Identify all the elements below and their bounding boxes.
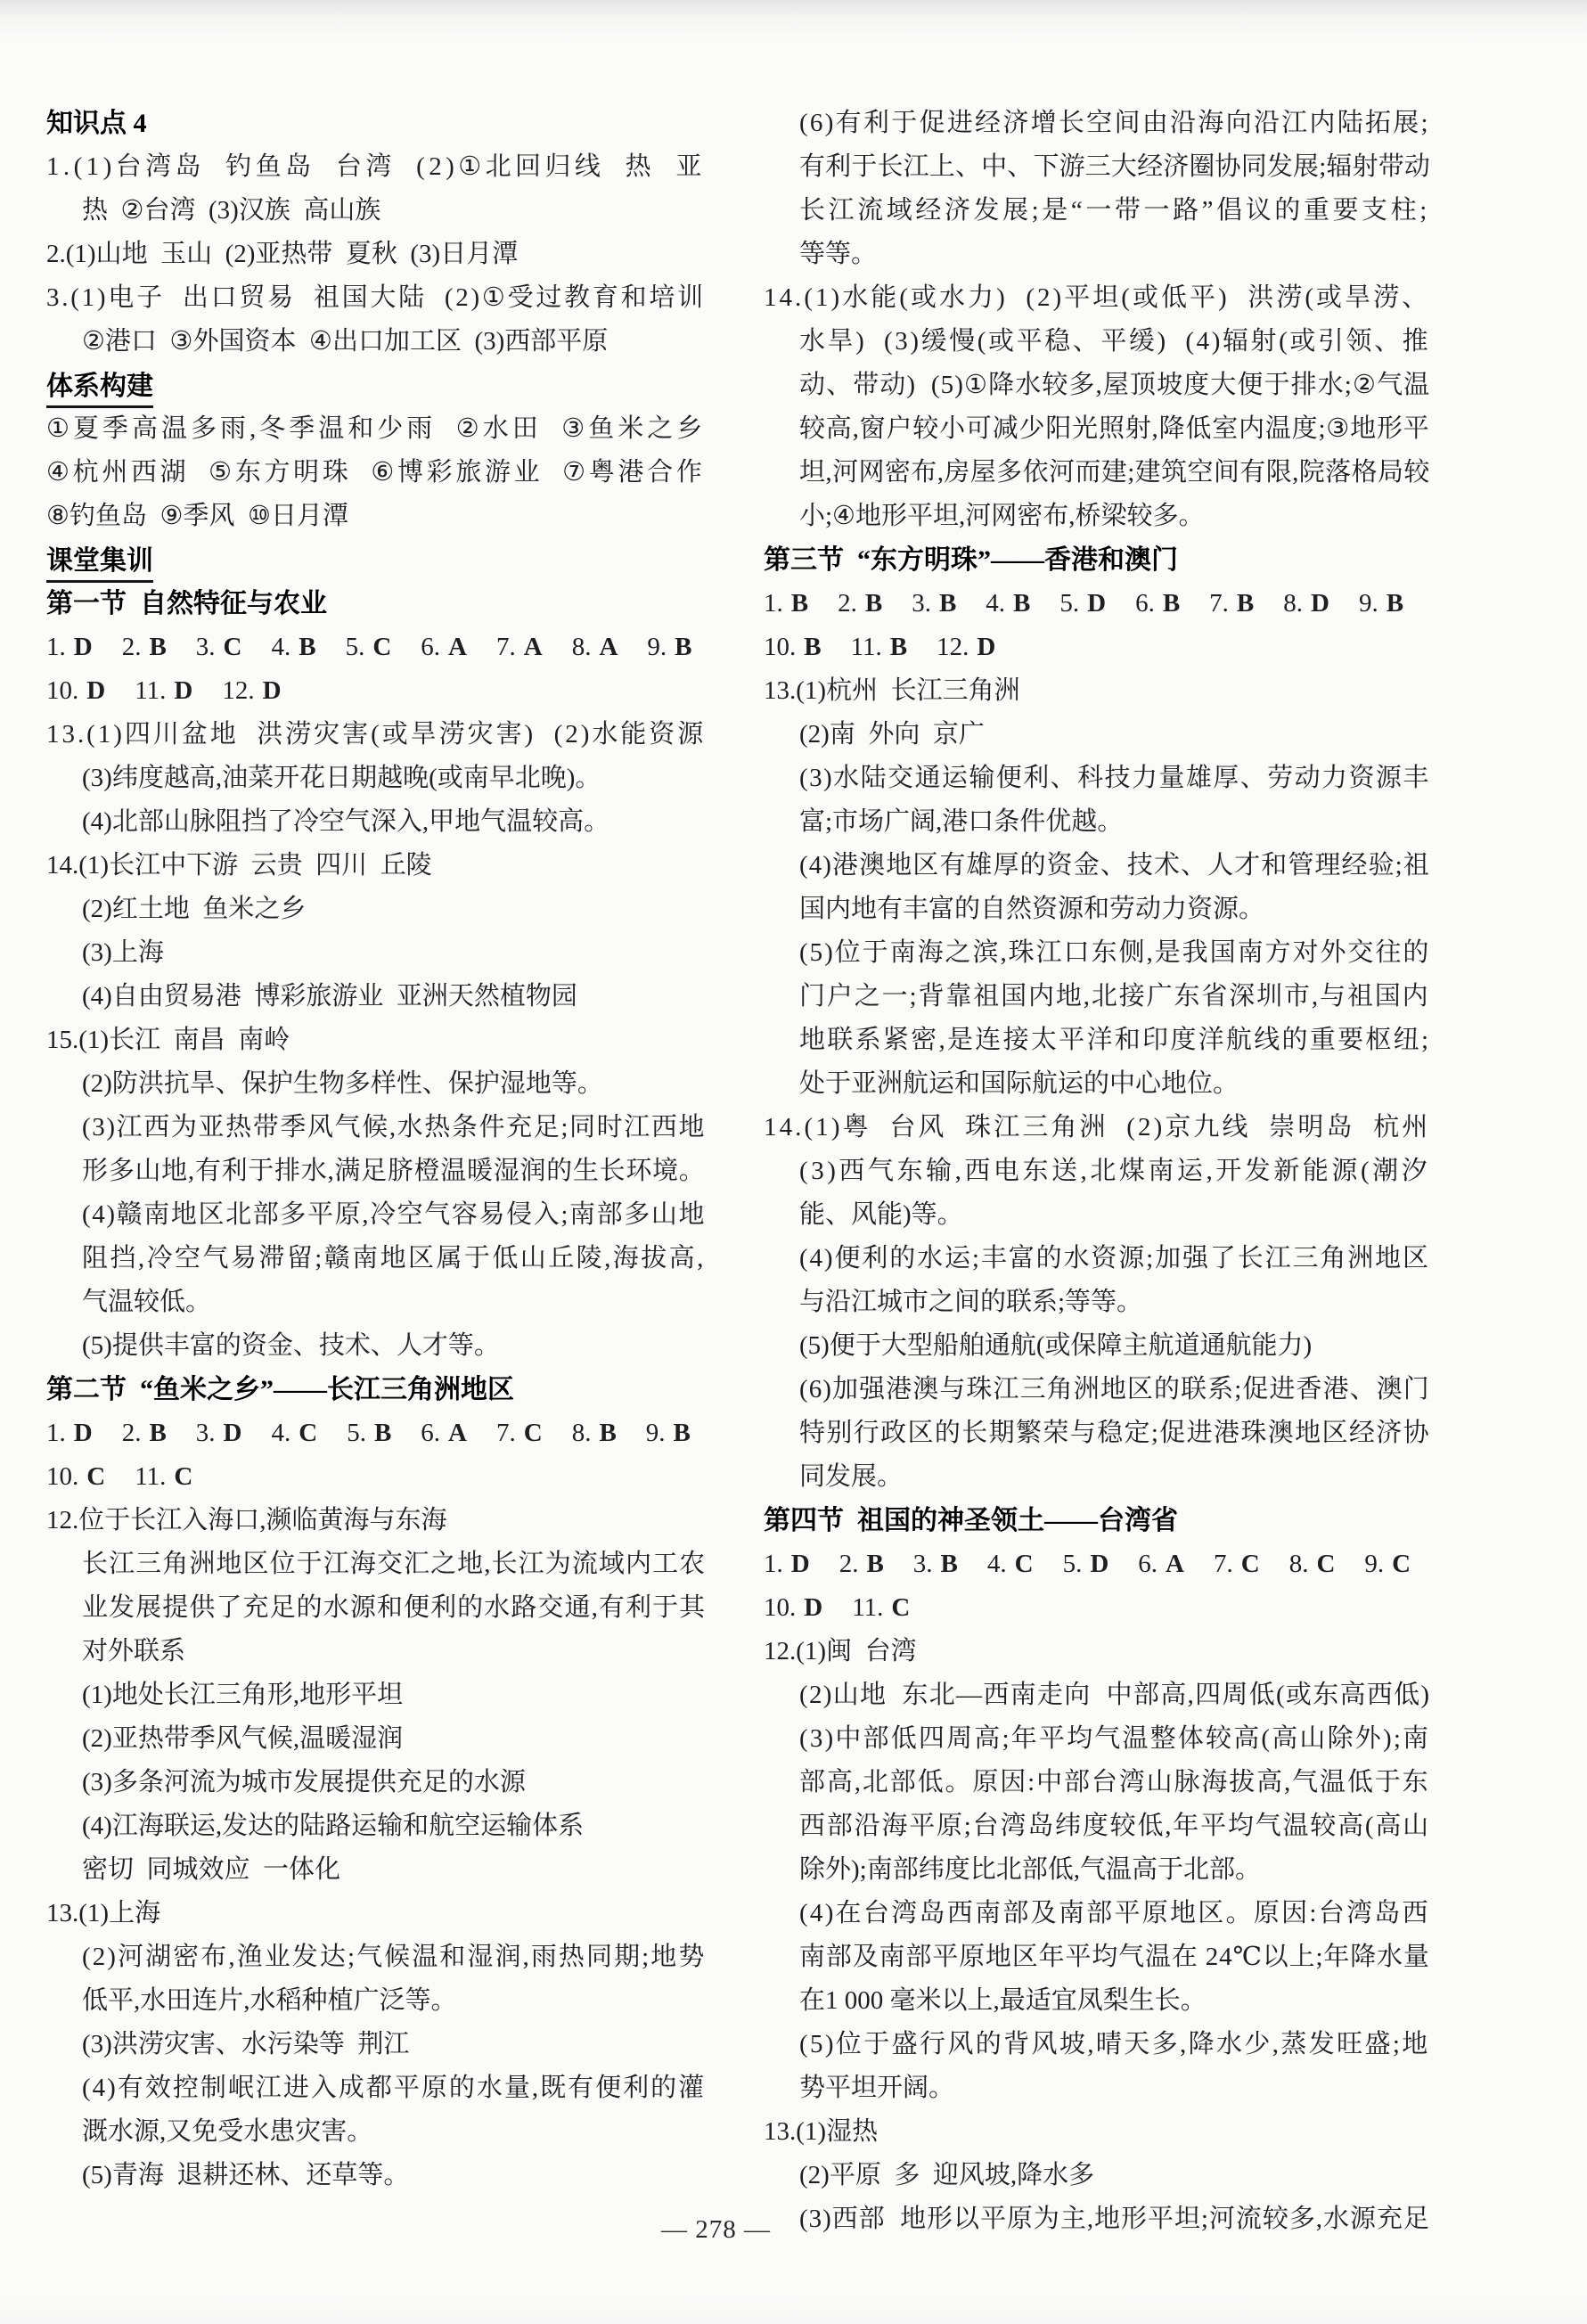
answer-text-line: 南部及南部平原地区年平均气温在 24℃以上;年降水量 xyxy=(764,1935,1430,1979)
line-text: 气温较低。 xyxy=(82,1281,211,1324)
question-number: 8. xyxy=(572,1419,592,1447)
answer-letter: C xyxy=(86,1462,105,1491)
answer-text-line: (3)江西为亚热带季风气候,水热条件充足;同时江西地 xyxy=(46,1106,706,1150)
answer-letter: D xyxy=(224,1419,242,1447)
answer-letter: B xyxy=(1163,589,1180,618)
question-number: 10. xyxy=(46,1462,78,1491)
question-number: 8. xyxy=(1289,1550,1309,1578)
answer-pair: 6.A xyxy=(421,626,467,669)
question-number: 9. xyxy=(1359,589,1378,618)
answer-text-line: (3)上海 xyxy=(46,931,706,975)
line-text: 第四节 祖国的神圣领土——台湾省 xyxy=(764,1499,1178,1543)
answer-pair: 5.D xyxy=(1059,582,1106,626)
answer-text-line: (1)地处长江三角形,地形平坦 xyxy=(46,1673,706,1717)
answer-pair: 2.B xyxy=(122,626,167,669)
answer-letter: C xyxy=(372,633,391,661)
answer-text-line: 同发展。 xyxy=(764,1455,1430,1499)
answer-text-line: (4)北部山脉阻挡了冷空气深入,甲地气温较高。 xyxy=(46,800,706,844)
answer-pair: 5.B xyxy=(347,1412,391,1455)
line-text: (3)江西为亚热带季风气候,水热条件充足;同时江西地 xyxy=(82,1106,706,1150)
answer-pair: 10.D xyxy=(764,1586,822,1630)
line-text: (4)赣南地区北部多平原,冷空气容易侵入;南部多山地 xyxy=(82,1193,706,1237)
line-text: (4)有效控制岷江进入成都平原的水量,既有便利的灌 xyxy=(82,2066,706,2110)
line-text: (4)北部山脉阻挡了冷空气深入,甲地气温较高。 xyxy=(82,800,609,844)
line-text: (4)江海联运,发达的陆路运输和航空运输体系 xyxy=(82,1804,584,1848)
answer-pair: 5.D xyxy=(1063,1543,1109,1586)
line-text: (2)亚热带季风气候,温暖湿润 xyxy=(82,1717,403,1761)
answer-text-line: (3)纬度越高,油菜开花日期越晚(或南早北晚)。 xyxy=(46,757,706,800)
answer-letter: B xyxy=(791,589,808,618)
answer-text-line: ④杭州西湖 ⑤东方明珠 ⑥博彩旅游业 ⑦粤港合作 xyxy=(46,451,706,495)
question-number: 10. xyxy=(46,676,78,705)
line-text: 水旱) (3)缓慢(或平稳、平缓) (4)辐射(或引领、推 xyxy=(799,320,1430,364)
line-text: 14.(1)粤 台风 珠江三角洲 (2)京九线 崇明岛 杭州 xyxy=(764,1106,1430,1150)
answer-text-line: ②港口 ③外国资本 ④出口加工区 (3)西部平原 xyxy=(46,320,706,364)
answer-pair: 3.C xyxy=(196,626,242,669)
answer-pair: 2.B xyxy=(838,582,882,626)
line-text: (2)南 外向 京广 xyxy=(799,713,985,757)
answer-letter: C xyxy=(174,1462,192,1491)
line-text: 第一节 自然特征与农业 xyxy=(46,582,327,626)
answer-text-line: 12.(1)闽 台湾 xyxy=(764,1630,1430,1673)
line-text: (5)提供丰富的资金、技术、人才等。 xyxy=(82,1324,500,1368)
mc-answer-row: 1.D2.B3.C4.B5.C6.A7.A8.A9.B xyxy=(46,626,706,669)
answer-text-line: 坦,河网密布,房屋多依河而建;建筑空间有限,院落格局较 xyxy=(764,451,1430,495)
line-text: 有利于长江上、中、下游三大经济圈协同发展;辐射带动 xyxy=(799,145,1430,189)
line-text: 15.(1)长江 南昌 南岭 xyxy=(46,1019,290,1062)
question-number: 12. xyxy=(222,676,254,705)
line-text: (4)在台湾岛西南部及南部平原地区。原因:台湾岛西 xyxy=(799,1892,1430,1935)
answer-letter: D xyxy=(86,676,105,705)
answer-letter: B xyxy=(939,589,956,618)
question-number: 3. xyxy=(196,633,216,661)
line-text: (4)自由贸易港 博彩旅游业 亚洲天然植物园 xyxy=(82,975,577,1019)
answer-pair: 8.B xyxy=(572,1412,617,1455)
answer-text-line: 14.(1)水能(或水力) (2)平坦(或低平) 洪涝(或旱涝、 xyxy=(764,276,1430,320)
mc-answer-row: 1.D2.B3.B4.C5.D6.A7.C8.C9.C xyxy=(764,1543,1430,1586)
line-text: 较高,窗户较小可减少阳光照射,降低室内温度;③地形平 xyxy=(799,407,1430,451)
line-text: 长江流域经济发展;是“一带一路”倡议的重要支柱; xyxy=(799,189,1430,233)
answer-text-line: 2.(1)山地 玉山 (2)亚热带 夏秋 (3)日月潭 xyxy=(46,233,706,276)
line-text: 在1 000 毫米以上,最适宜凤梨生长。 xyxy=(799,1979,1207,2023)
question-number: 3. xyxy=(912,589,931,618)
line-text: 13.(1)杭州 长江三角洲 xyxy=(764,669,1020,713)
line-text: 能、风能)等。 xyxy=(799,1193,963,1237)
answer-text-line: 业发展提供了充足的水源和便利的水路交通,有利于其 xyxy=(46,1586,706,1630)
question-number: 9. xyxy=(647,633,667,661)
answer-letter: B xyxy=(866,1550,883,1578)
subheading-underlined: 体系构建 xyxy=(46,364,706,407)
answer-pair: 10.B xyxy=(764,626,822,669)
answer-pair: 12.D xyxy=(937,626,995,669)
line-text: ②港口 ③外国资本 ④出口加工区 (3)西部平原 xyxy=(82,320,608,364)
line-text: (2)山地 东北—西南走向 中部高,四周低(或东高西低) xyxy=(799,1673,1430,1717)
answer-pair: 7.A xyxy=(496,626,543,669)
answer-text-line: 长江流域经济发展;是“一带一路”倡议的重要支柱; xyxy=(764,189,1430,233)
line-text: (4)港澳地区有雄厚的资金、技术、人才和管理经验;祖 xyxy=(799,844,1430,888)
answer-text-line: 热 ②台湾 (3)汉族 高山族 xyxy=(46,189,706,233)
answer-pair: 11.C xyxy=(135,1455,192,1499)
answer-text-line: (4)港澳地区有雄厚的资金、技术、人才和管理经验;祖 xyxy=(764,844,1430,888)
line-text: 13.(1)四川盆地 洪涝灾害(或旱涝灾害) (2)水能资源 xyxy=(46,713,706,757)
answer-text-line: (3)洪涝灾害、水污染等 荆江 xyxy=(46,2023,706,2066)
answer-letter: B xyxy=(149,633,166,661)
answer-pair: 6.A xyxy=(421,1412,467,1455)
answer-text-line: (2)防洪抗旱、保护生物多样性、保护湿地等。 xyxy=(46,1062,706,1106)
line-text: 门户之一;背靠祖国内地,北接广东省深圳市,与祖国内 xyxy=(799,975,1430,1019)
answer-text-line: 长江三角洲地区位于江海交汇之地,长江为流域内工农 xyxy=(46,1543,706,1586)
line-text: 处于亚洲航运和国际航运的中心地位。 xyxy=(799,1062,1239,1106)
line-text: 小;④地形平坦,河网密布,桥梁较多。 xyxy=(799,495,1205,538)
answer-text-line: 13.(1)湿热 xyxy=(764,2110,1430,2154)
line-text: (2)平原 多 迎风坡,降水多 xyxy=(799,2154,1094,2197)
answer-letter: D xyxy=(1311,589,1329,618)
line-text: 动、带动) (5)①降水较多,屋顶坡度大便于排水;②气温 xyxy=(799,364,1430,407)
question-number: 4. xyxy=(986,589,1005,618)
line-text: 形多山地,有利于排水,满足脐橙温暖湿润的生长环境。 xyxy=(82,1150,706,1193)
answer-letter: B xyxy=(1387,589,1403,618)
line-text: (6)加强港澳与珠江三角洲地区的联系;促进香港、澳门 xyxy=(799,1368,1430,1412)
answer-column-left: 知识点 41.(1)台湾岛 钓鱼岛 台湾 (2)①北回归线 热 亚热 ②台湾 (… xyxy=(46,102,706,2197)
question-number: 11. xyxy=(135,1462,166,1491)
line-text: 体系构建 xyxy=(46,364,153,408)
line-text: 课堂集训 xyxy=(46,538,153,583)
line-text: ⑧钓鱼岛 ⑨季风 ⑩日月潭 xyxy=(46,495,348,538)
answer-letter: D xyxy=(74,633,93,661)
line-text: 低平,水田连片,水稻种植广泛等。 xyxy=(82,1979,457,2023)
question-number: 7. xyxy=(496,633,516,661)
answer-text-line: 西部沿海平原;台湾岛纬度较低,年平均气温较高(高山 xyxy=(764,1804,1430,1848)
answer-text-line: (2)南 外向 京广 xyxy=(764,713,1430,757)
answer-text-line: 溉水源,又免受水患灾害。 xyxy=(46,2110,706,2154)
answer-letter: D xyxy=(804,1593,822,1622)
answer-letter: D xyxy=(74,1419,93,1447)
line-text: 除外);南部纬度比北部低,气温高于北部。 xyxy=(799,1848,1261,1892)
line-text: 势平坦开阔。 xyxy=(799,2066,954,2110)
line-text: 知识点 4 xyxy=(46,102,147,145)
answer-pair: 2.B xyxy=(839,1543,884,1586)
answer-text-line: (6)加强港澳与珠江三角洲地区的联系;促进香港、澳门 xyxy=(764,1368,1430,1412)
answer-pair: 10.C xyxy=(46,1455,105,1499)
question-number: 7. xyxy=(1209,589,1229,618)
answer-text-line: 动、带动) (5)①降水较多,屋顶坡度大便于排水;②气温 xyxy=(764,364,1430,407)
line-text: 14.(1)水能(或水力) (2)平坦(或低平) 洪涝(或旱涝、 xyxy=(764,276,1430,320)
line-text: 14.(1)长江中下游 云贵 四川 丘陵 xyxy=(46,844,432,888)
line-text: 西部沿海平原;台湾岛纬度较低,年平均气温较高(高山 xyxy=(799,1804,1430,1848)
answer-pair: 6.B xyxy=(1135,582,1180,626)
answer-text-line: 部高,北部低。原因:中部台湾山脉海拔高,气温低于东 xyxy=(764,1761,1430,1804)
question-number: 6. xyxy=(421,1419,440,1447)
question-number: 3. xyxy=(913,1550,933,1578)
answer-letter: C xyxy=(1015,1550,1034,1578)
answer-text-line: 有利于长江上、中、下游三大经济圈协同发展;辐射带动 xyxy=(764,145,1430,189)
line-text: (3)上海 xyxy=(82,931,164,975)
answer-text-line: 在1 000 毫米以上,最适宜凤梨生长。 xyxy=(764,1979,1430,2023)
line-text: 13.(1)湿热 xyxy=(764,2110,878,2154)
answer-letter: C xyxy=(1392,1550,1411,1578)
answer-text-line: 密切 同城效应 一体化 xyxy=(46,1848,706,1892)
question-number: 10. xyxy=(764,633,796,661)
answer-text-line: 国内地有丰富的自然资源和劳动力资源。 xyxy=(764,888,1430,931)
answer-pair: 8.D xyxy=(1283,582,1329,626)
question-number: 3. xyxy=(196,1419,216,1447)
question-number: 12. xyxy=(937,633,969,661)
answer-text-line: 14.(1)粤 台风 珠江三角洲 (2)京九线 崇明岛 杭州 xyxy=(764,1106,1430,1150)
answer-text-line: 形多山地,有利于排水,满足脐橙温暖湿润的生长环境。 xyxy=(46,1150,706,1193)
answer-text-line: 能、风能)等。 xyxy=(764,1193,1430,1237)
answer-letter: D xyxy=(977,633,995,661)
section-heading: 第二节 “鱼米之乡”——长江三角洲地区 xyxy=(46,1368,706,1412)
question-number: 9. xyxy=(1364,1550,1384,1578)
answer-pair: 5.C xyxy=(346,626,392,669)
question-number: 10. xyxy=(764,1593,796,1622)
answer-text-line: (5)提供丰富的资金、技术、人才等。 xyxy=(46,1324,706,1368)
answer-pair: 4.B xyxy=(272,626,316,669)
line-text: ①夏季高温多雨,冬季温和少雨 ②水田 ③鱼米之乡 xyxy=(46,407,706,451)
answer-letter: B xyxy=(599,1419,616,1447)
answer-letter: B xyxy=(941,1550,958,1578)
mc-answer-row: 1.B2.B3.B4.B5.D6.B7.B8.D9.B xyxy=(764,582,1430,626)
answer-letter: D xyxy=(1087,589,1106,618)
line-text: (5)位于南海之滨,珠江口东侧,是我国南方对外交往的 xyxy=(799,931,1430,975)
question-number: 6. xyxy=(421,633,440,661)
mc-answer-row: 10.D11.C xyxy=(764,1586,1430,1630)
answer-text-line: 处于亚洲航运和国际航运的中心地位。 xyxy=(764,1062,1430,1106)
answer-text-line: ⑧钓鱼岛 ⑨季风 ⑩日月潭 xyxy=(46,495,706,538)
line-text: 富;市场广阔,港口条件优越。 xyxy=(799,800,1123,844)
answer-letter: B xyxy=(675,633,691,661)
line-text: 热 ②台湾 (3)汉族 高山族 xyxy=(82,189,380,233)
line-text: 溉水源,又免受水患灾害。 xyxy=(82,2110,372,2154)
answer-letter: C xyxy=(891,1593,910,1622)
answer-text-line: 水旱) (3)缓慢(或平稳、平缓) (4)辐射(或引领、推 xyxy=(764,320,1430,364)
answer-text-line: 13.(1)四川盆地 洪涝灾害(或旱涝灾害) (2)水能资源 xyxy=(46,713,706,757)
answer-pair: 9.B xyxy=(647,626,691,669)
answer-pair: 8.A xyxy=(572,626,618,669)
answer-text-line: (3)西气东输,西电东送,北煤南运,开发新能源(潮汐 xyxy=(764,1150,1430,1193)
question-number: 5. xyxy=(346,633,365,661)
answer-pair: 12.D xyxy=(222,669,281,713)
answer-text-line: (4)江海联运,发达的陆路运输和航空运输体系 xyxy=(46,1804,706,1848)
line-text: 地联系紧密,是连接太平洋和印度洋航线的重要枢纽; xyxy=(799,1019,1430,1062)
line-text: 密切 同城效应 一体化 xyxy=(82,1848,340,1892)
answer-pair: 3.B xyxy=(912,582,956,626)
answer-text-line: (2)河湖密布,渔业发达;气候温和湿润,雨热同期;地势 xyxy=(46,1935,706,1979)
question-number: 8. xyxy=(572,633,592,661)
answer-pair: 2.B xyxy=(122,1412,167,1455)
answer-text-line: (3)水陆交通运输便利、科技力量雄厚、劳动力资源丰 xyxy=(764,757,1430,800)
line-text: (5)位于盛行风的背风坡,晴天多,降水少,蒸发旺盛;地 xyxy=(799,2023,1430,2066)
answer-text-line: (5)便于大型船舶通航(或保障主航道通航能力) xyxy=(764,1324,1430,1368)
answer-text-line: (3)西部 地形以平原为主,地形平坦;河流较多,水源充足 xyxy=(764,2197,1430,2241)
question-number: 2. xyxy=(122,1419,142,1447)
answer-letter: B xyxy=(299,633,315,661)
question-number: 9. xyxy=(646,1419,666,1447)
line-text: 等等。 xyxy=(799,233,877,276)
subheading-underlined: 课堂集训 xyxy=(46,538,706,582)
answer-letter: B xyxy=(149,1419,166,1447)
section-heading: 知识点 4 xyxy=(46,102,706,145)
answer-text-line: 富;市场广阔,港口条件优越。 xyxy=(764,800,1430,844)
mc-answer-row: 10.D11.D12.D xyxy=(46,669,706,713)
question-number: 1. xyxy=(764,589,783,618)
question-number: 2. xyxy=(122,633,142,661)
answer-text-line: 14.(1)长江中下游 云贵 四川 丘陵 xyxy=(46,844,706,888)
question-number: 5. xyxy=(1059,589,1079,618)
answer-letter: A xyxy=(1166,1550,1184,1578)
answer-pair: 11.C xyxy=(852,1586,910,1630)
question-number: 5. xyxy=(1063,1550,1083,1578)
answer-text-line: (5)青海 退耕还林、还草等。 xyxy=(46,2154,706,2197)
answer-letter: A xyxy=(448,633,467,661)
line-text: 12.(1)闽 台湾 xyxy=(764,1630,917,1673)
line-text: 长江三角洲地区位于江海交汇之地,长江为流域内工农 xyxy=(82,1543,706,1586)
answer-text-line: 门户之一;背靠祖国内地,北接广东省深圳市,与祖国内 xyxy=(764,975,1430,1019)
answer-pair: 9.C xyxy=(1364,1543,1411,1586)
line-text: (2)红土地 鱼米之乡 xyxy=(82,888,306,931)
answer-pair: 3.D xyxy=(196,1412,242,1455)
answer-text-line: 12.位于长江入海口,濒临黄海与东海 xyxy=(46,1499,706,1543)
answer-text-line: (4)在台湾岛西南部及南部平原地区。原因:台湾岛西 xyxy=(764,1892,1430,1935)
answer-pair: 4.C xyxy=(987,1543,1034,1586)
answer-text-line: 15.(1)长江 南昌 南岭 xyxy=(46,1019,706,1062)
answer-text-line: (4)有效控制岷江进入成都平原的水量,既有便利的灌 xyxy=(46,2066,706,2110)
question-number: 11. xyxy=(851,633,882,661)
answer-pair: 10.D xyxy=(46,669,105,713)
answer-text-line: (2)平原 多 迎风坡,降水多 xyxy=(764,2154,1430,2197)
line-text: 13.(1)上海 xyxy=(46,1892,160,1935)
answer-text-line: (3)多条河流为城市发展提供充足的水源 xyxy=(46,1761,706,1804)
mc-answer-row: 10.C11.C xyxy=(46,1455,706,1499)
answer-text-line: 与沿江城市之间的联系;等等。 xyxy=(764,1281,1430,1324)
answer-pair: 11.B xyxy=(851,626,908,669)
answer-letter: C xyxy=(1241,1550,1260,1578)
answer-pair: 4.C xyxy=(272,1412,318,1455)
line-text: 南部及南部平原地区年平均气温在 24℃以上;年降水量 xyxy=(799,1935,1430,1979)
answer-letter: C xyxy=(524,1419,543,1447)
answer-pair: 7.B xyxy=(1209,582,1254,626)
answer-text-line: (4)便利的水运;丰富的水资源;加强了长江三角洲地区 xyxy=(764,1237,1430,1281)
line-text: (3)西部 地形以平原为主,地形平坦;河流较多,水源充足 xyxy=(799,2197,1430,2241)
question-number: 7. xyxy=(1214,1550,1233,1578)
answer-text-line: 13.(1)上海 xyxy=(46,1892,706,1935)
question-number: 2. xyxy=(838,589,857,618)
line-text: 3.(1)电子 出口贸易 祖国大陆 (2)①受过教育和培训 xyxy=(46,276,706,320)
answer-text-line: ①夏季高温多雨,冬季温和少雨 ②水田 ③鱼米之乡 xyxy=(46,407,706,451)
line-text: (3)中部低四周高;年平均气温整体较高(高山除外);南 xyxy=(799,1717,1430,1761)
answer-letter: C xyxy=(299,1419,317,1447)
line-text: 阻挡,冷空气易滞留;赣南地区属于低山丘陵,海拔高, xyxy=(82,1237,706,1281)
answer-text-line: (4)赣南地区北部多平原,冷空气容易侵入;南部多山地 xyxy=(46,1193,706,1237)
line-text: 第三节 “东方明珠”——香港和澳门 xyxy=(764,538,1178,582)
answer-letter: D xyxy=(174,676,192,705)
line-text: ④杭州西湖 ⑤东方明珠 ⑥博彩旅游业 ⑦粤港合作 xyxy=(46,451,706,495)
answer-text-line: 小;④地形平坦,河网密布,桥梁较多。 xyxy=(764,495,1430,538)
line-text: (6)有利于促进经济增长空间由沿海向沿江内陆拓展; xyxy=(799,102,1430,145)
answer-letter: B xyxy=(674,1419,691,1447)
question-number: 4. xyxy=(272,1419,291,1447)
line-text: 第二节 “鱼米之乡”——长江三角洲地区 xyxy=(46,1368,514,1412)
question-number: 5. xyxy=(347,1419,366,1447)
answer-letter: C xyxy=(224,633,242,661)
answer-text-line: 13.(1)杭州 长江三角洲 xyxy=(764,669,1430,713)
answer-text-line: (2)山地 东北—西南走向 中部高,四周低(或东高西低) xyxy=(764,1673,1430,1717)
line-text: (5)青海 退耕还林、还草等。 xyxy=(82,2154,409,2197)
answer-column-right: (6)有利于促进经济增长空间由沿海向沿江内陆拓展;有利于长江上、中、下游三大经济… xyxy=(764,102,1430,2241)
question-number: 6. xyxy=(1138,1550,1158,1578)
section-heading: 第三节 “东方明珠”——香港和澳门 xyxy=(764,538,1430,582)
line-text: 2.(1)山地 玉山 (2)亚热带 夏秋 (3)日月潭 xyxy=(46,233,518,276)
answer-pair: 1.B xyxy=(764,582,808,626)
answer-text-line: (5)位于南海之滨,珠江口东侧,是我国南方对外交往的 xyxy=(764,931,1430,975)
scan-artifact-bottom xyxy=(0,2297,1587,2324)
answer-text-line: (5)位于盛行风的背风坡,晴天多,降水少,蒸发旺盛;地 xyxy=(764,2023,1430,2066)
question-number: 4. xyxy=(272,633,291,661)
question-number: 6. xyxy=(1135,589,1155,618)
answer-letter: A xyxy=(448,1419,467,1447)
line-text: 同发展。 xyxy=(799,1455,903,1499)
answer-letter: B xyxy=(890,633,907,661)
answer-pair: 1.D xyxy=(46,1412,93,1455)
line-text: (1)地处长江三角形,地形平坦 xyxy=(82,1673,403,1717)
answer-pair: 4.B xyxy=(986,582,1030,626)
line-text: 与沿江城市之间的联系;等等。 xyxy=(799,1281,1142,1324)
answer-text-line: 特别行政区的长期繁荣与稳定;促进港珠澳地区经济协 xyxy=(764,1412,1430,1455)
answer-pair: 3.B xyxy=(913,1543,958,1586)
question-number: 11. xyxy=(135,676,166,705)
line-text: 国内地有丰富的自然资源和劳动力资源。 xyxy=(799,888,1264,931)
answer-pair: 7.C xyxy=(1214,1543,1260,1586)
answer-text-line: (4)自由贸易港 博彩旅游业 亚洲天然植物园 xyxy=(46,975,706,1019)
answer-text-line: (3)中部低四周高;年平均气温整体较高(高山除外);南 xyxy=(764,1717,1430,1761)
answer-text-line: (2)红土地 鱼米之乡 xyxy=(46,888,706,931)
page-number: — 278 — xyxy=(661,2208,771,2252)
answer-letter: B xyxy=(374,1419,391,1447)
line-text: (3)洪涝灾害、水污染等 荆江 xyxy=(82,2023,409,2066)
answer-text-line: 地联系紧密,是连接太平洋和印度洋航线的重要枢纽; xyxy=(764,1019,1430,1062)
answer-text-line: 等等。 xyxy=(764,233,1430,276)
section-heading: 第四节 祖国的神圣领土——台湾省 xyxy=(764,1499,1430,1543)
answer-text-line: 低平,水田连片,水稻种植广泛等。 xyxy=(46,1979,706,2023)
section-heading: 第一节 自然特征与农业 xyxy=(46,582,706,626)
answer-letter: D xyxy=(263,676,282,705)
answer-text-line: 气温较低。 xyxy=(46,1281,706,1324)
line-text: (3)西气东输,西电东送,北煤南运,开发新能源(潮汐 xyxy=(799,1150,1430,1193)
line-text: (3)多条河流为城市发展提供充足的水源 xyxy=(82,1761,526,1804)
answer-pair: 1.D xyxy=(764,1543,810,1586)
line-text: (2)防洪抗旱、保护生物多样性、保护湿地等。 xyxy=(82,1062,603,1106)
question-number: 7. xyxy=(496,1419,516,1447)
answer-letter: B xyxy=(865,589,882,618)
answer-letter: B xyxy=(804,633,821,661)
question-number: 2. xyxy=(839,1550,859,1578)
line-text: 特别行政区的长期繁荣与稳定;促进港珠澳地区经济协 xyxy=(799,1412,1430,1455)
line-text: 12.位于长江入海口,濒临黄海与东海 xyxy=(46,1499,447,1543)
answer-text-line: 阻挡,冷空气易滞留;赣南地区属于低山丘陵,海拔高, xyxy=(46,1237,706,1281)
question-number: 1. xyxy=(46,1419,66,1447)
line-text: 部高,北部低。原因:中部台湾山脉海拔高,气温低于东 xyxy=(799,1761,1430,1804)
answer-letter: D xyxy=(791,1550,810,1578)
answer-pair: 9.B xyxy=(646,1412,691,1455)
line-text: 1.(1)台湾岛 钓鱼岛 台湾 (2)①北回归线 热 亚 xyxy=(46,145,706,189)
answer-pair: 7.C xyxy=(496,1412,543,1455)
line-text: (5)便于大型船舶通航(或保障主航道通航能力) xyxy=(799,1324,1312,1368)
line-text: 坦,河网密布,房屋多依河而建;建筑空间有限,院落格局较 xyxy=(799,451,1430,495)
answer-pair: 6.A xyxy=(1138,1543,1184,1586)
answer-pair: 9.B xyxy=(1359,582,1403,626)
answer-text-line: 势平坦开阔。 xyxy=(764,2066,1430,2110)
line-text: (3)纬度越高,油菜开花日期越晚(或南早北晚)。 xyxy=(82,757,601,800)
